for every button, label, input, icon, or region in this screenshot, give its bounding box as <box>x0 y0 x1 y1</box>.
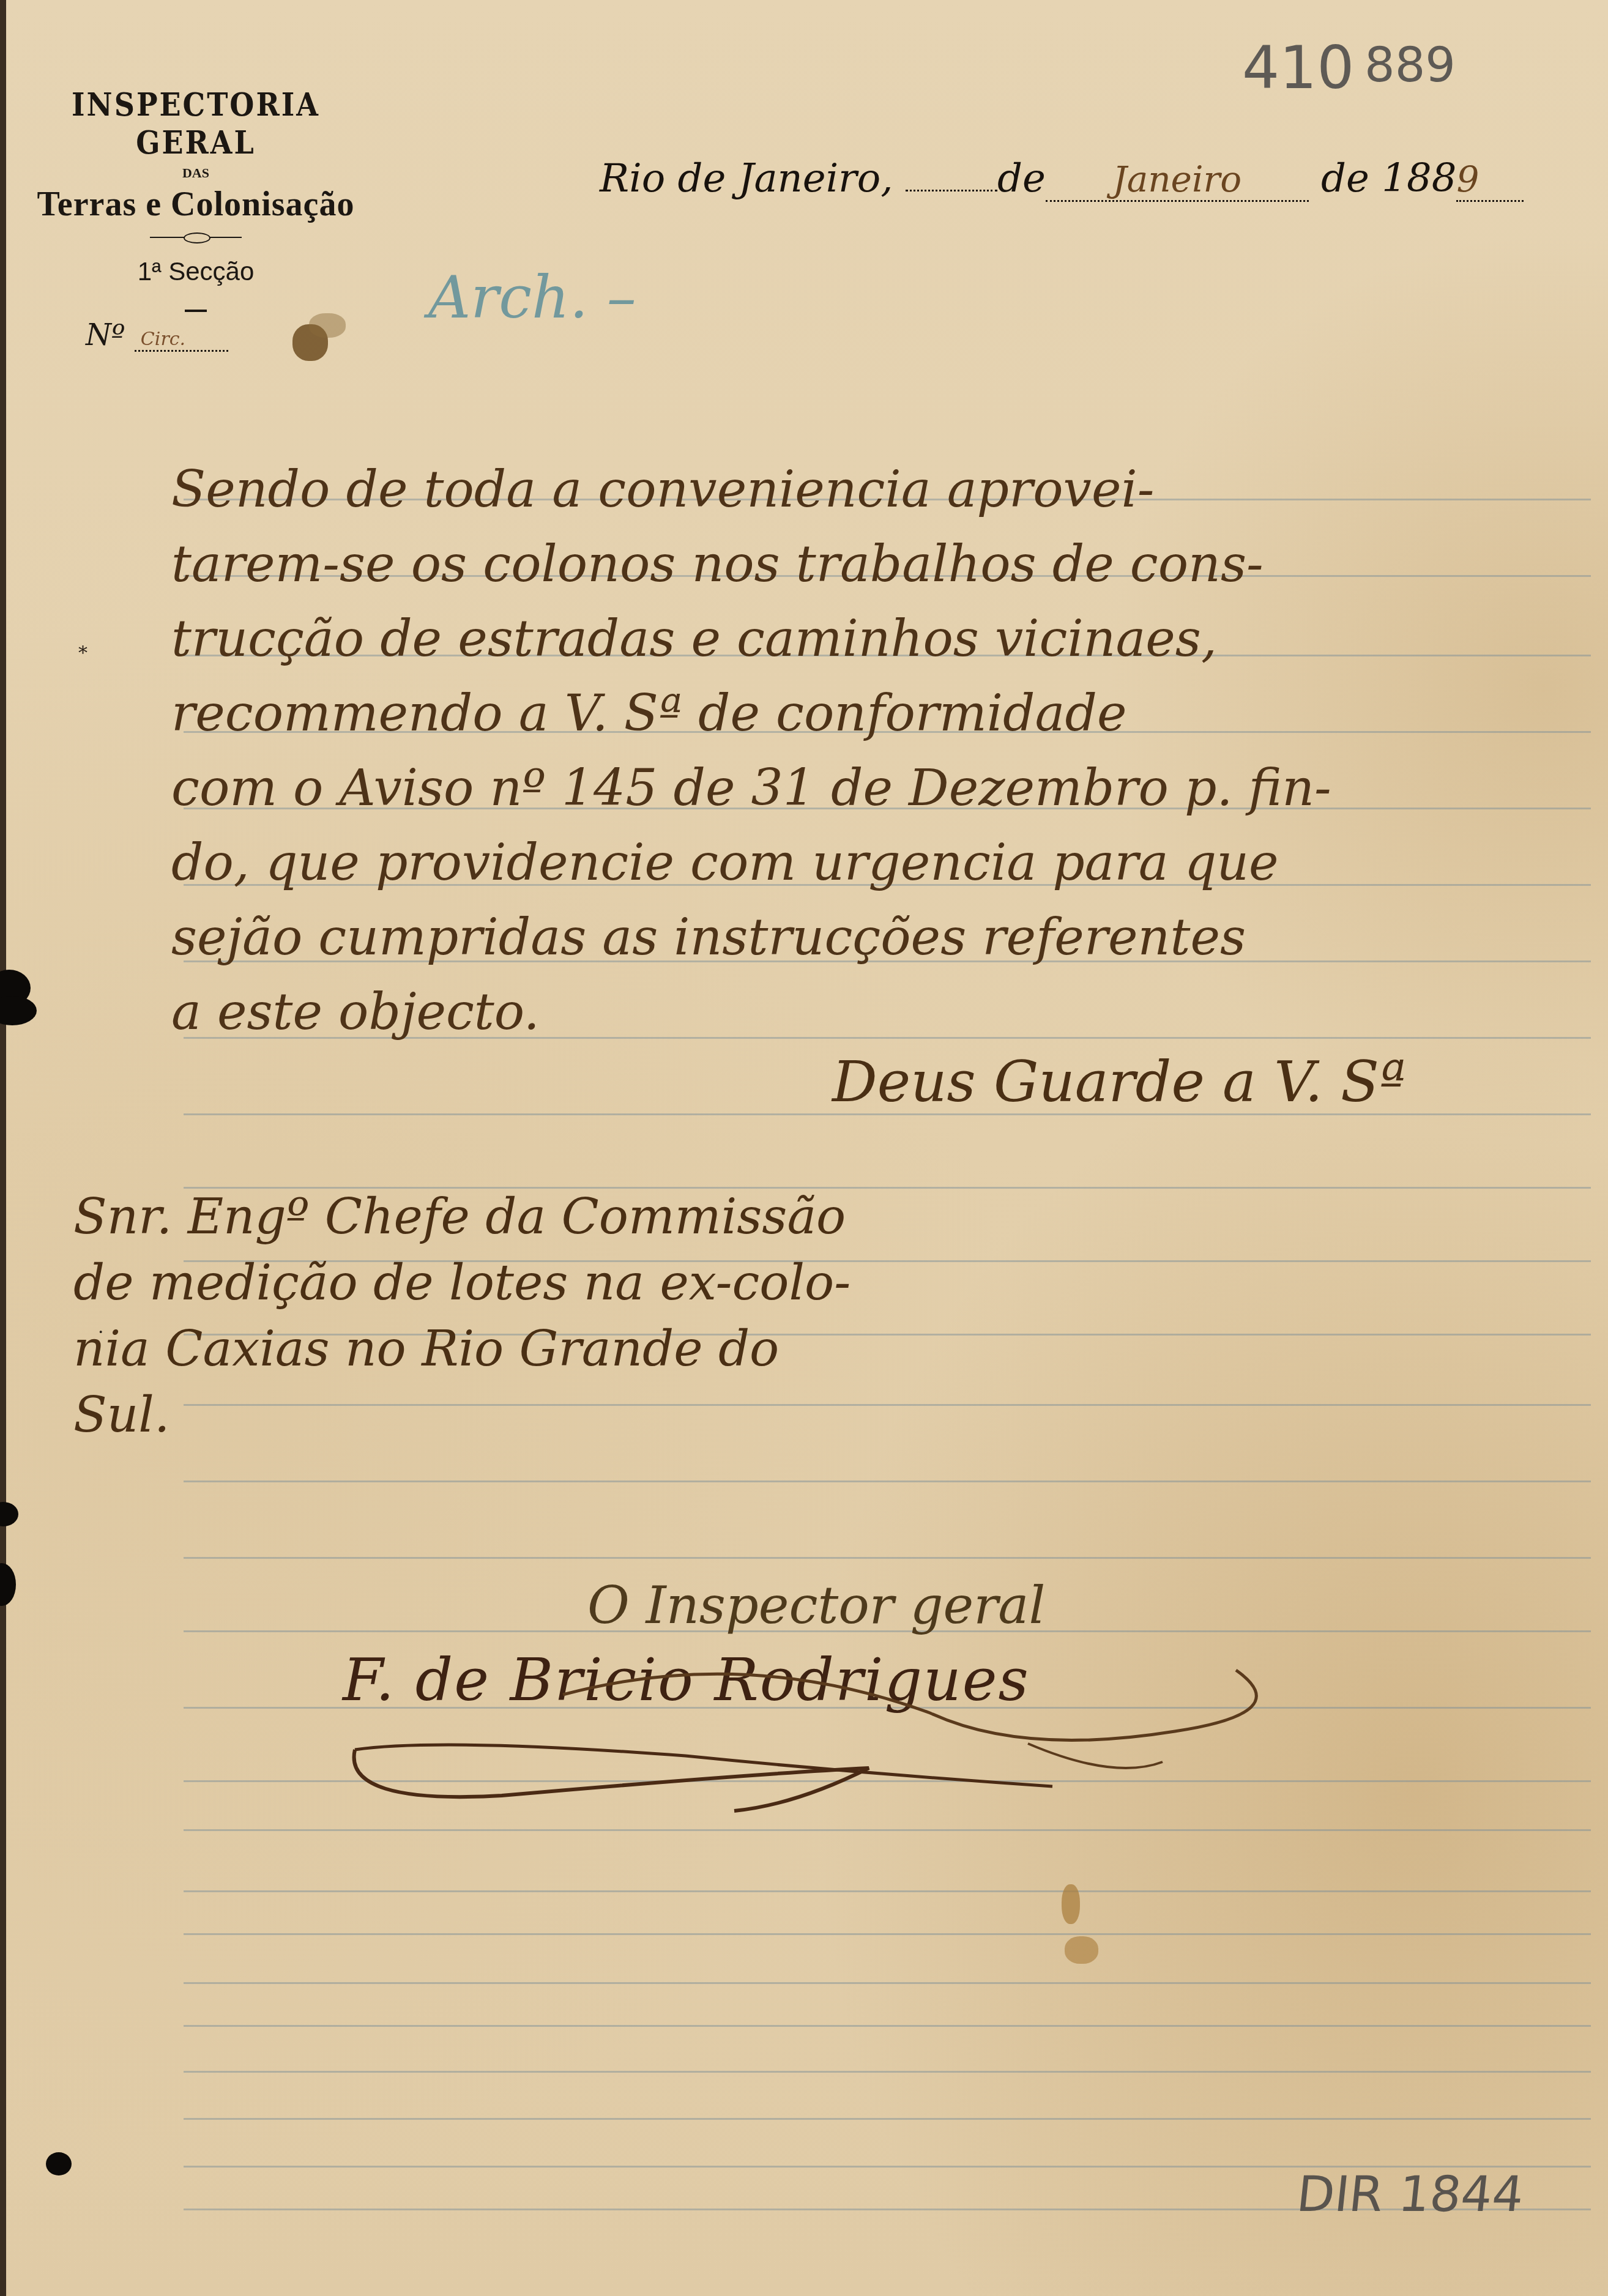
stain <box>309 313 346 338</box>
addressee-line: de medição de lotes na ex-colo- <box>73 1250 851 1316</box>
ruled-line <box>184 1982 1591 1984</box>
body-line: a este objecto. <box>171 975 1597 1050</box>
addressee-line: nia Caxias no Rio Grande do <box>73 1316 851 1382</box>
ruled-line <box>184 2118 1591 2120</box>
body-line: trucção de estradas e caminhos vicinaes, <box>171 602 1597 677</box>
body-line: sejão cumpridas as instrucções referente… <box>171 901 1597 975</box>
margin-mark: · <box>98 1321 104 1343</box>
ruled-line <box>184 1829 1591 1831</box>
body-line: Sendo de toda a conveniencia aprovei- <box>171 453 1597 527</box>
ruled-line <box>184 2071 1591 2073</box>
closing-salutation: Deus Guarde a V. Sª <box>832 1049 1406 1115</box>
date-de: de <box>1321 156 1369 201</box>
letterhead-dash <box>185 310 207 312</box>
addressee-line: Sul. <box>73 1382 851 1448</box>
date-year-handwritten: 9 <box>1456 158 1524 202</box>
signature-flourish <box>318 1621 1358 1823</box>
date-place: Rio de Janeiro, <box>600 156 893 201</box>
letterhead-title: INSPECTORIA GERAL <box>24 86 367 162</box>
punch-hole <box>46 2152 72 2175</box>
letterhead-department: Terras e Colonisação <box>24 185 367 224</box>
date-year-printed: 188 <box>1382 156 1456 201</box>
date-month: Janeiro <box>1046 158 1309 202</box>
dateline: Rio de Janeiro, deJaneiro de 1889 <box>600 156 1524 202</box>
letterhead-section: 1ª Secção <box>24 257 367 286</box>
stain <box>1065 1936 1098 1964</box>
number-value: Circ. <box>135 329 228 352</box>
addressee-block: Snr. Engº Chefe da Commissão de medição … <box>73 1184 851 1448</box>
body-line: do, que providencie com urgencia para qu… <box>171 826 1597 901</box>
margin-mark: * <box>78 642 87 664</box>
ruled-line <box>184 2025 1591 2027</box>
archive-pencil-note: Arch. – <box>428 263 636 332</box>
archive-reference-bottom: DIR 1844 <box>1294 2166 1527 2223</box>
letter-body: Sendo de toda a conveniencia aprovei- ta… <box>171 453 1597 1050</box>
ruled-line <box>184 1557 1591 1559</box>
body-line: recommendo a V. Sª de conformidade <box>171 677 1597 751</box>
archive-number-2: 889 <box>1364 38 1456 93</box>
stain <box>1062 1884 1080 1924</box>
ruled-line <box>184 1890 1591 1892</box>
reference-number: Nº Circ. <box>86 318 228 352</box>
body-line: tarem-se os colonos nos trabalhos de con… <box>171 527 1597 602</box>
paper-background <box>0 0 1608 2296</box>
number-label: Nº <box>86 318 125 352</box>
addressee-line: Snr. Engº Chefe da Commissão <box>73 1184 851 1250</box>
date-de: de <box>997 156 1046 201</box>
letterhead-das: DAS <box>24 165 367 181</box>
date-day <box>906 190 997 191</box>
letterhead: INSPECTORIA GERAL DAS Terras e Colonisaç… <box>24 86 367 312</box>
body-line: com o Aviso nº 145 de 31 de Dezembro p. … <box>171 751 1597 826</box>
ruled-line <box>184 1933 1591 1935</box>
scan-edge <box>0 0 6 2296</box>
ornament-divider <box>150 236 242 239</box>
archive-number-1: 410 <box>1242 34 1354 102</box>
ruled-line <box>184 1481 1591 1482</box>
